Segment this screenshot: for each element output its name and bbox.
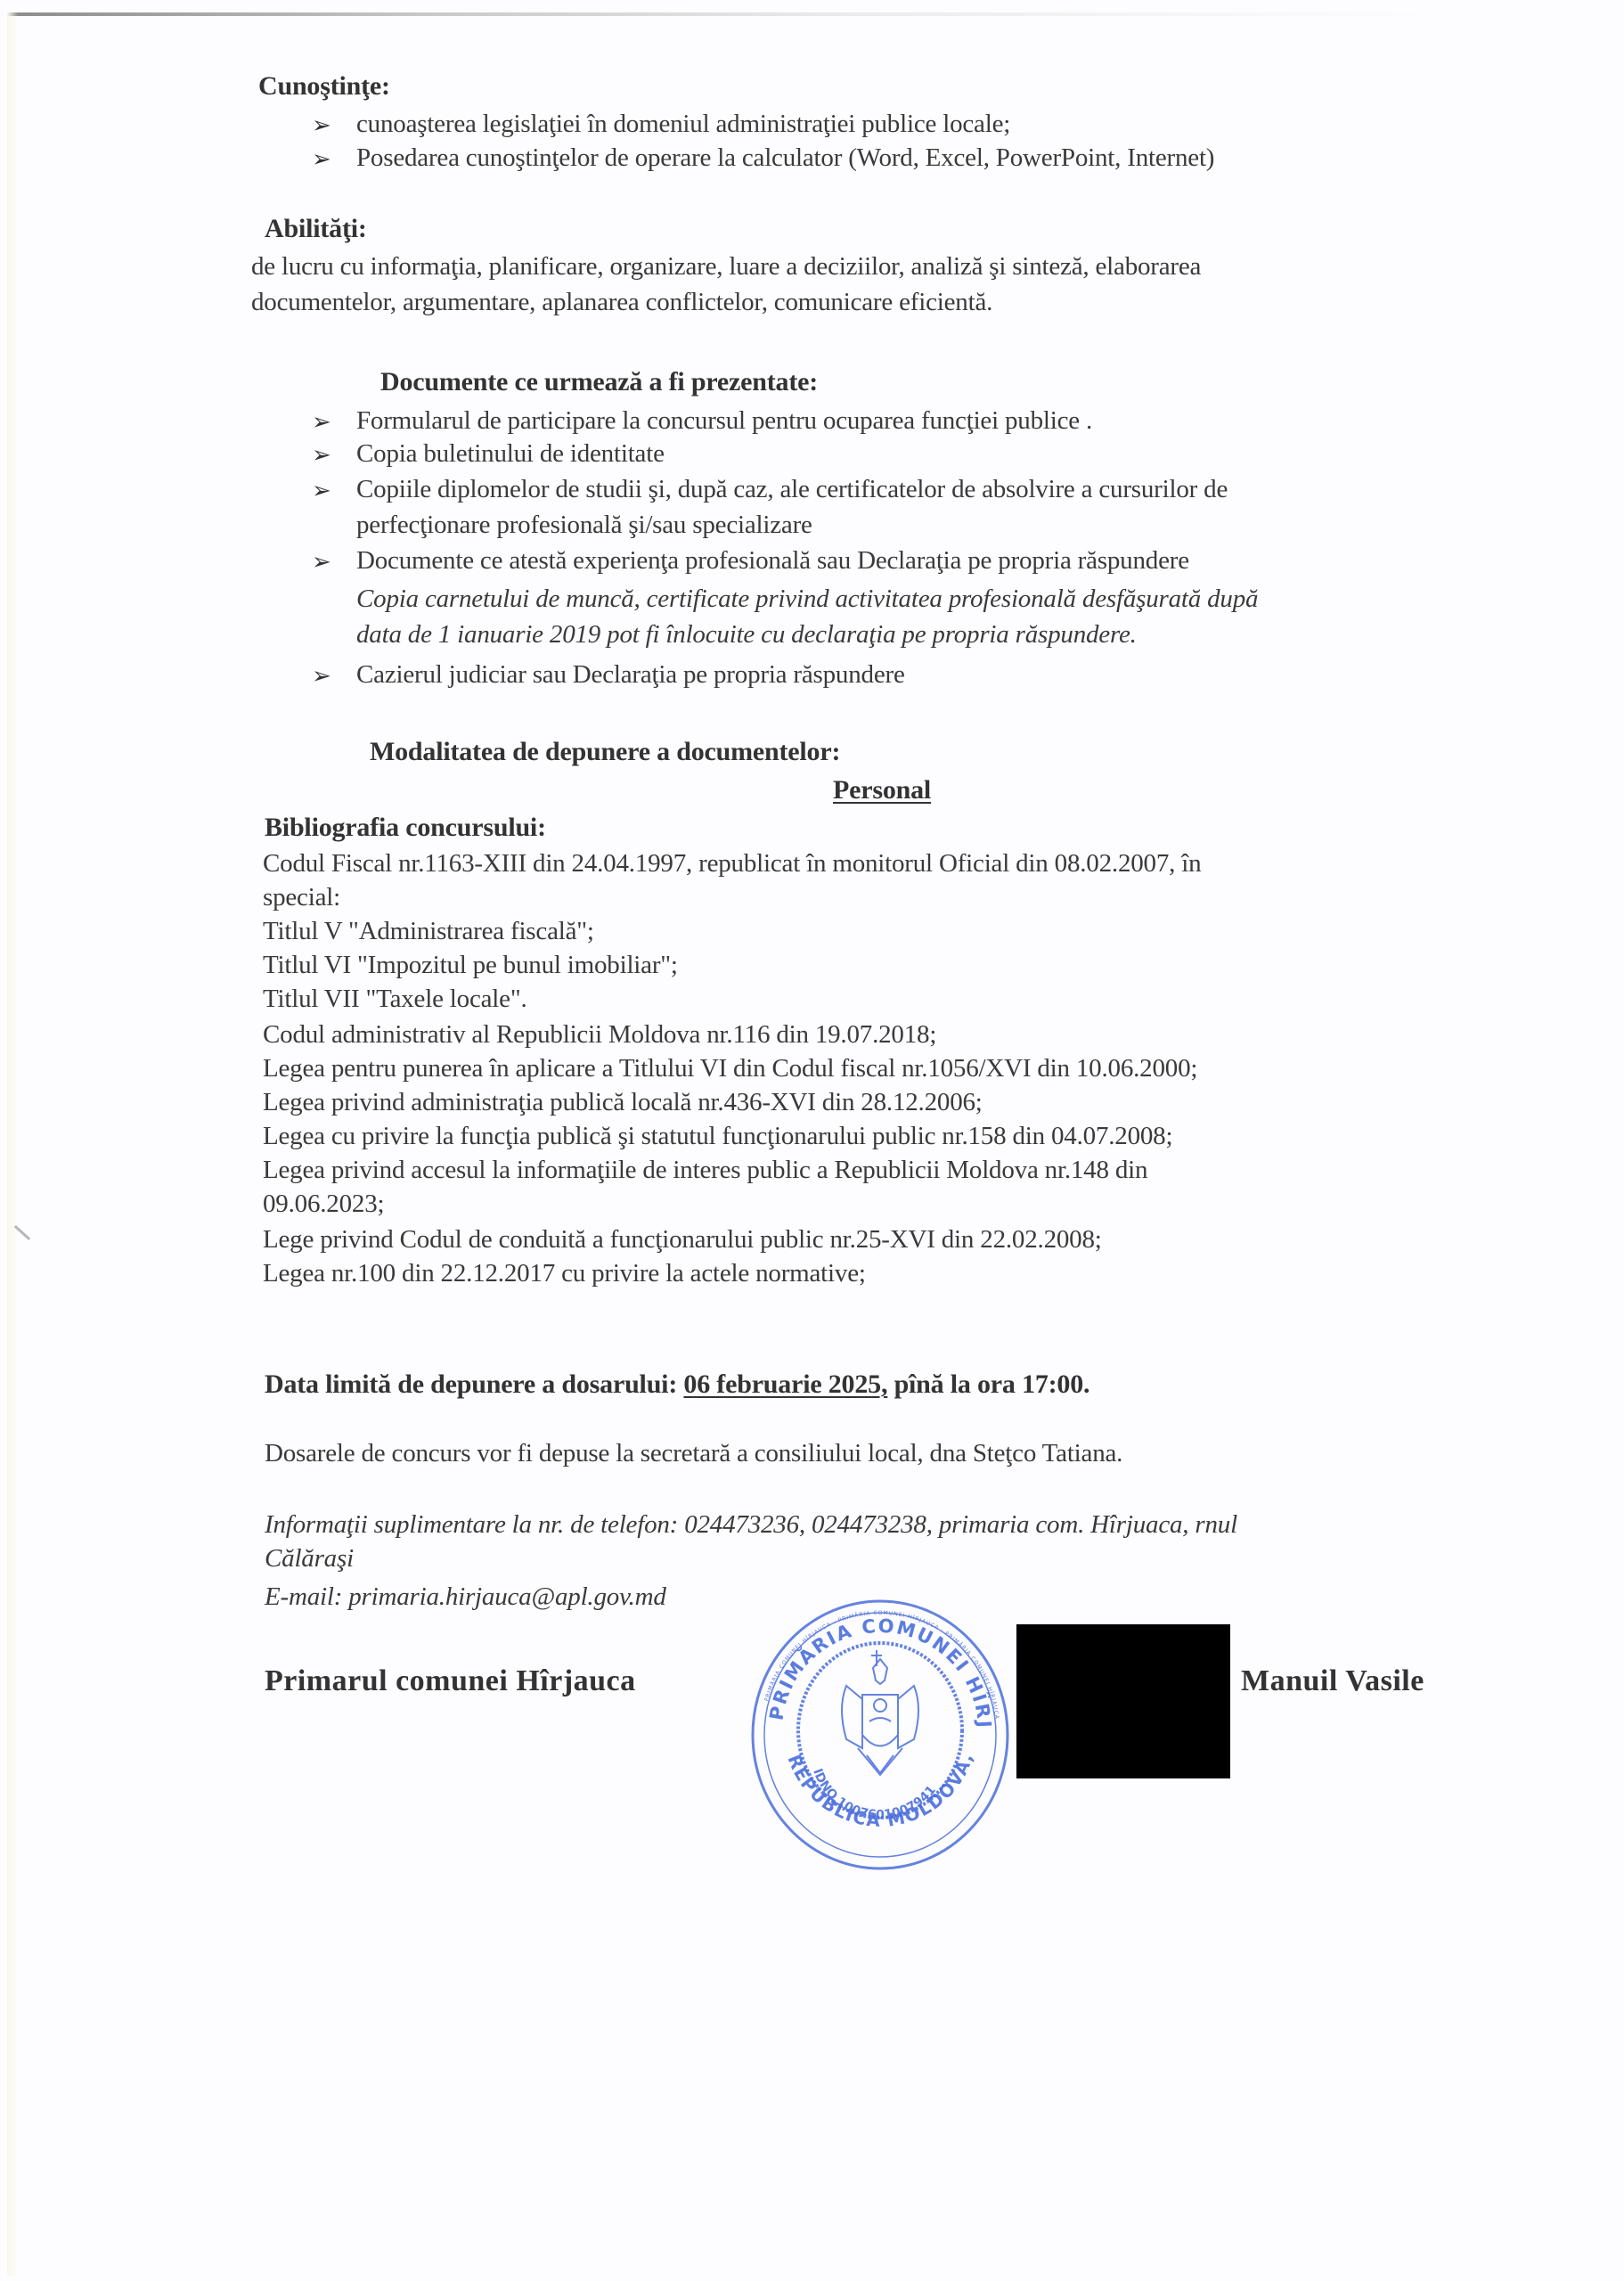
required-document-note: Copia carnetului de muncă, certificate p… [356, 584, 1258, 614]
required-document-item-cont: perfecţionare profesională şi/sau specia… [356, 510, 812, 540]
knowledge-item: Posedarea cunoştinţelor de operare la ca… [356, 143, 1214, 173]
skills-text-line: documentelor, argumentare, aplanarea con… [251, 287, 992, 317]
required-document-item: Cazierul judiciar sau Declaraţia pe prop… [356, 659, 905, 690]
submission-note: Dosarele de concurs vor fi depuse la sec… [265, 1438, 1122, 1468]
submission-heading: Modalitatea de depunere a documentelor: [370, 737, 840, 767]
bibliography-heading: Bibliografia concursului: [265, 813, 546, 843]
required-document-item: Copiile diplomelor de studii şi, după ca… [356, 474, 1228, 504]
bibliography-line: Legea privind administraţia publică loca… [263, 1087, 983, 1117]
arrow-bullet-icon: ➢ [312, 440, 331, 470]
signature-name: Manuil Vasile [1241, 1666, 1424, 1696]
knowledge-heading: Cunoştinţe: [258, 71, 390, 102]
arrow-bullet-icon: ➢ [312, 661, 331, 691]
skills-text-line: de lucru cu informaţia, planificare, org… [251, 251, 1201, 282]
deadline-label: Data limită de depunere a dosarului: [265, 1369, 683, 1399]
bibliography-line: Lege privind Codul de conduită a funcţio… [263, 1224, 1102, 1255]
bibliography-line: Legea privind accesul la informaţiile de… [263, 1155, 1147, 1185]
bibliography-line: Legea nr.100 din 22.12.2017 cu privire l… [263, 1258, 866, 1288]
bibliography-line: Legea cu privire la funcţia publică şi s… [263, 1121, 1172, 1151]
required-document-note: data de 1 ianuarie 2019 pot fi înlocuite… [356, 619, 1137, 650]
scan-edge-left [7, 12, 18, 2276]
bibliography-line: Titlul VII "Taxele locale". [263, 984, 527, 1014]
bibliography-line: Titlul VI "Impozitul pe bunul imobiliar"… [263, 950, 678, 980]
deadline: Data limită de depunere a dosarului: 06 … [265, 1369, 1089, 1400]
contact-email: E-mail: primaria.hirjauca@apl.gov.md [265, 1582, 666, 1612]
required-document-item: Formularul de participare la concursul p… [356, 405, 1092, 436]
knowledge-item: cunoaşterea legislaţiei în domeniul admi… [356, 109, 1010, 139]
skills-heading: Abilităţi: [265, 214, 367, 244]
official-stamp-icon: PRIMĂRIA COMUNEI HÎRJAUCA · PRIMĂRIA COM… [747, 1597, 1014, 1873]
scan-edge-top [7, 12, 1432, 16]
arrow-bullet-icon: ➢ [312, 144, 331, 175]
bibliography-line: Legea pentru punerea în aplicare a Titlu… [263, 1053, 1197, 1083]
arrow-bullet-icon: ➢ [312, 407, 331, 437]
required-documents-heading: Documente ce urmează a fi prezentate: [380, 367, 818, 397]
bibliography-line: special: [263, 882, 340, 912]
required-document-item: Documente ce atestă experienţa profesion… [356, 545, 1189, 576]
required-document-item: Copia buletinului de identitate [356, 438, 665, 469]
submission-method: Personal [833, 775, 931, 805]
bibliography-line: Codul administrativ al Republicii Moldov… [263, 1019, 936, 1050]
contact-district-line: Călăraşi [265, 1543, 354, 1574]
contact-phone-line: Informaţii suplimentare la nr. de telefo… [265, 1509, 1237, 1540]
bibliography-line: 09.06.2023; [263, 1189, 384, 1219]
redaction-box [1016, 1624, 1230, 1778]
signature-title: Primarul comunei Hîrjauca [265, 1666, 636, 1696]
arrow-bullet-icon: ➢ [312, 110, 331, 141]
arrow-bullet-icon: ➢ [312, 547, 331, 577]
bibliography-line: Codul Fiscal nr.1163-XIII din 24.04.1997… [263, 848, 1201, 879]
bibliography-line: Titlul V "Administrarea fiscală"; [263, 916, 594, 946]
deadline-suffix: pînă la ora 17:00. [887, 1369, 1089, 1399]
deadline-date: 06 februarie 2025, [683, 1369, 887, 1399]
arrow-bullet-icon: ➢ [312, 476, 331, 506]
